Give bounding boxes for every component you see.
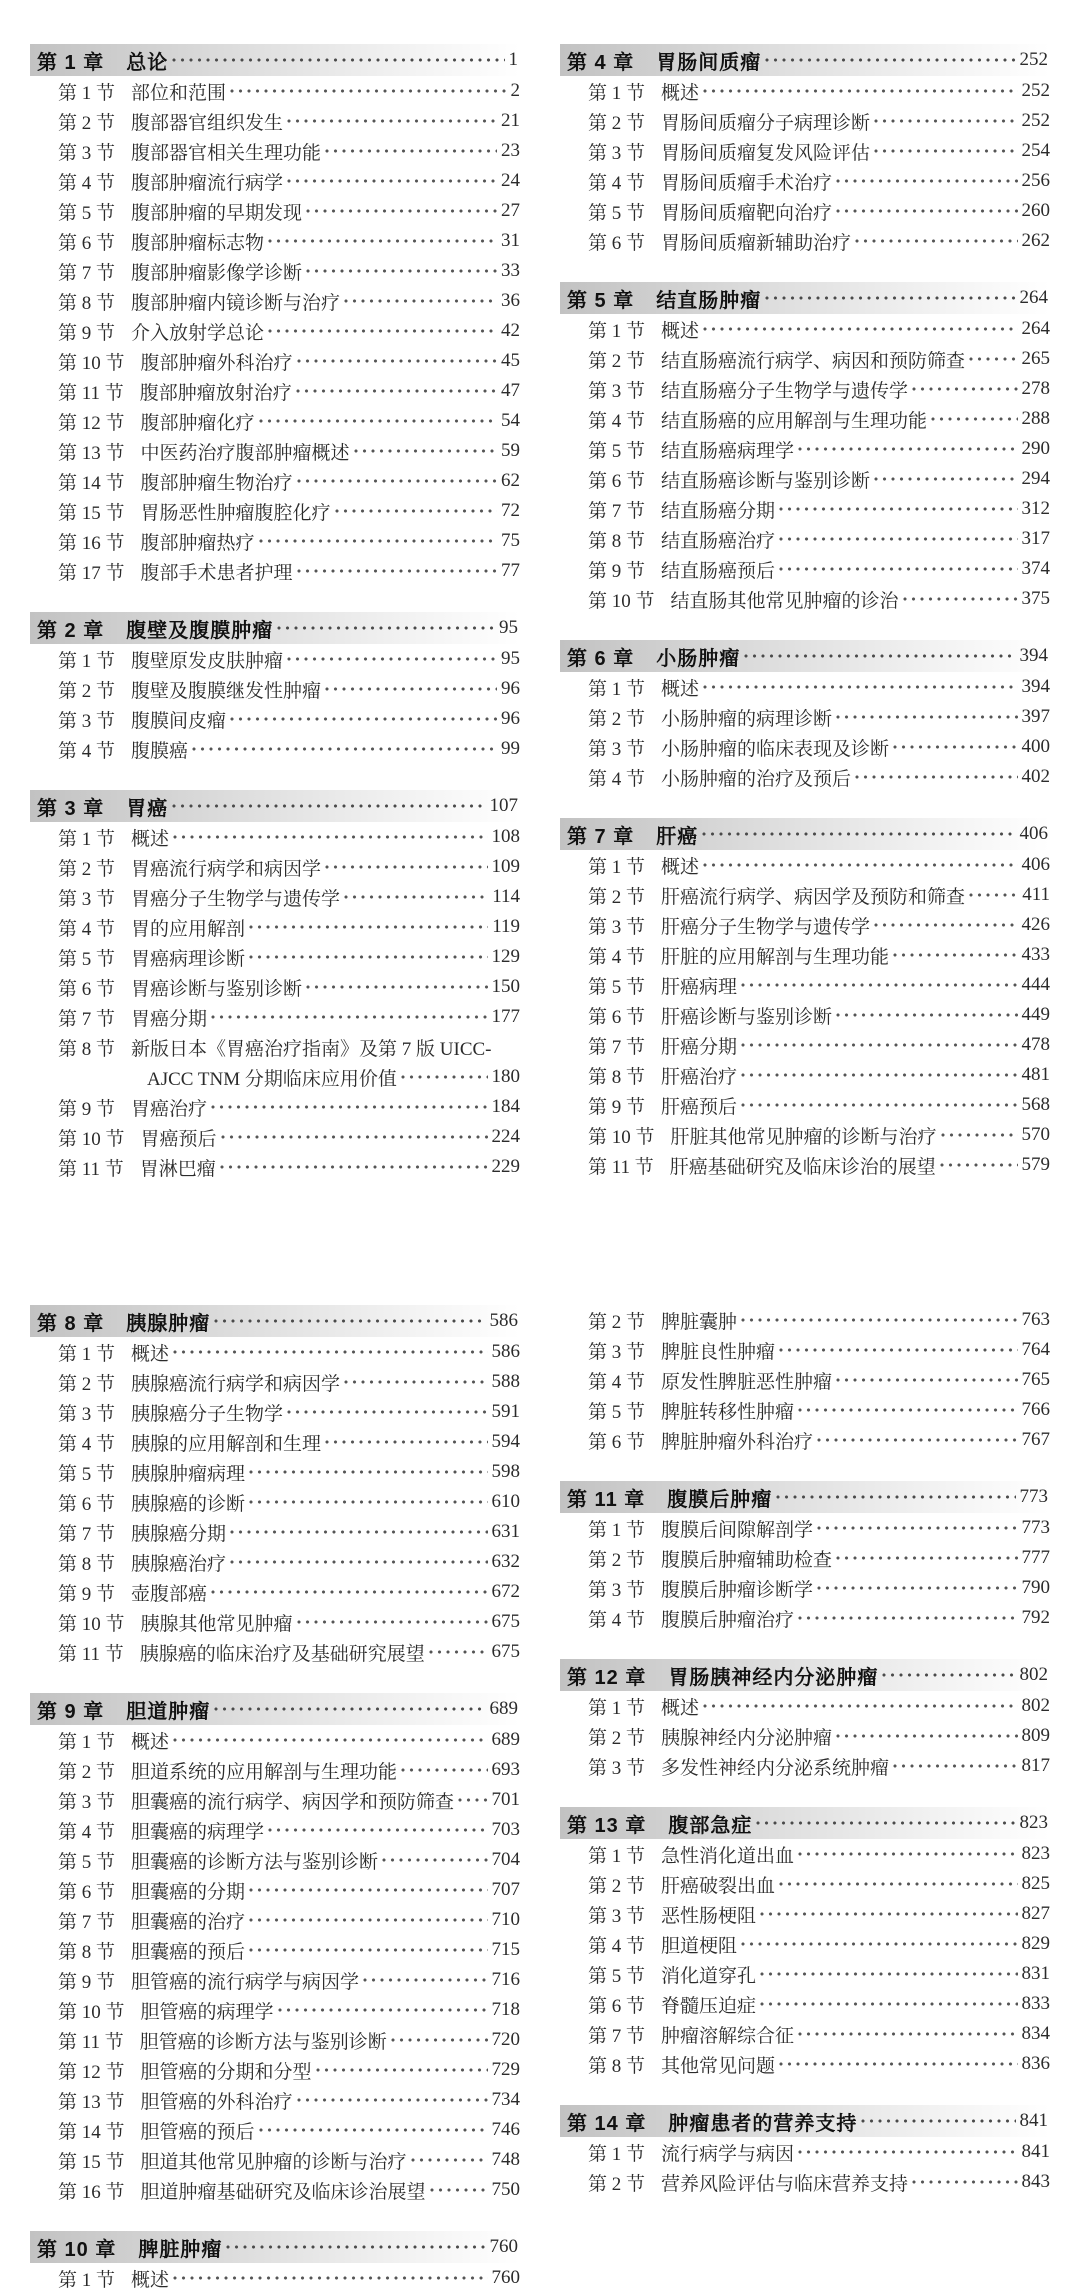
section-title: 壶腹部癌 (131, 1579, 207, 1606)
page-number: 631 (492, 1521, 521, 1543)
dot-leader (836, 702, 1017, 732)
page-number: 33 (501, 260, 520, 282)
page-number: 720 (492, 2029, 521, 2051)
section-number: 第 4 节 (588, 1931, 645, 1958)
toc-entry: 第 5 节胆囊癌的诊断方法与鉴别诊断704 (30, 1845, 520, 1875)
section-number: 第 3 节 (588, 1753, 645, 1780)
toc-entry: 第 1 节概述108 (30, 822, 520, 852)
toc-entry: 第 6 节胰腺癌的诊断610 (30, 1487, 520, 1517)
page-number: 710 (492, 1909, 521, 1931)
chapter-title: 胰腺肿瘤 (126, 1307, 210, 1336)
page-number: 21 (501, 110, 520, 132)
chapter-title: 小肠肿瘤 (656, 642, 740, 671)
page-number: 109 (492, 856, 521, 878)
chapter-number: 第 14 章 (567, 2107, 646, 2136)
page-number: 746 (492, 2119, 521, 2141)
dot-leader (836, 166, 1017, 196)
dot-leader (874, 136, 1017, 166)
section-title: 胃癌预后 (141, 1124, 217, 1151)
toc-entry: 第 4 节肝脏的应用解剖与生理功能433 (560, 940, 1050, 970)
section-title: 肝癌破裂出血 (661, 1871, 775, 1898)
section-number: 第 8 节 (58, 1034, 115, 1061)
section-number: 第 5 节 (588, 972, 645, 999)
dot-leader (249, 1905, 487, 1935)
page-number: 598 (492, 1461, 521, 1483)
toc-entry: 第 3 节脾脏良性肿瘤764 (560, 1335, 1050, 1365)
chapter-heading: 第 9 章胆道肿瘤689 (30, 1693, 520, 1725)
section-title: 结直肠癌病理学 (661, 436, 794, 463)
section-number: 第 5 节 (58, 944, 115, 971)
toc-entry: 第 2 节腹部器官组织发生21 (30, 106, 520, 136)
chapter-heading: 第 14 章肿瘤患者的营养支持841 (560, 2105, 1050, 2137)
section-title: 腹膜后肿瘤诊断学 (661, 1575, 813, 1602)
page-number: 809 (1022, 1725, 1051, 1747)
toc-entry: 第 9 节介入放射学总论42 (30, 316, 520, 346)
page-number: 256 (1022, 170, 1051, 192)
page-number: 591 (492, 1401, 521, 1423)
page-number: 588 (492, 1371, 521, 1393)
page-number: 260 (1022, 200, 1051, 222)
section-title: 胃癌诊断与鉴别诊断 (131, 974, 302, 1001)
dot-leader (741, 1090, 1017, 1120)
section-title: 概述 (131, 1339, 169, 1366)
dot-leader (297, 1607, 488, 1637)
dot-leader (325, 136, 497, 166)
chapter-title: 胃肠胰神经内分泌肿瘤 (668, 1661, 878, 1690)
page-number: 374 (1022, 558, 1051, 580)
toc-entry: 第 6 节胃癌诊断与鉴别诊断150 (30, 972, 520, 1002)
section-number: 第 6 节 (588, 466, 645, 493)
toc-entry: 第 5 节消化道穿孔831 (560, 1959, 1050, 1989)
dot-leader (765, 282, 1015, 314)
page-number: 734 (492, 2089, 521, 2111)
dot-leader (703, 850, 1017, 880)
section-number: 第 10 节 (58, 348, 125, 375)
page-number: 763 (1022, 1309, 1051, 1331)
page-number: 402 (1022, 766, 1051, 788)
page-number: 2 (511, 80, 521, 102)
section-number: 第 13 节 (58, 2087, 125, 2114)
chapter-heading: 第 5 章结直肠肿瘤264 (560, 282, 1050, 314)
dot-leader (214, 1305, 485, 1337)
section-number: 第 5 节 (588, 1397, 645, 1424)
section-number: 第 7 节 (58, 258, 115, 285)
page-number: 834 (1022, 2023, 1051, 2045)
dot-leader (855, 226, 1017, 256)
dot-leader (344, 1367, 487, 1397)
section-number: 第 1 节 (58, 1727, 115, 1754)
toc-entry: 第 5 节胃肠间质瘤靶向治疗260 (560, 196, 1050, 226)
toc-entry: 第 2 节肝癌破裂出血825 (560, 1869, 1050, 1899)
section-title: 胰腺其他常见肿瘤 (141, 1609, 293, 1636)
chapter-number: 第 4 章 (567, 46, 634, 75)
section-title: 腹部肿瘤外科治疗 (141, 348, 293, 375)
page-number: 825 (1022, 1873, 1051, 1895)
dot-leader (211, 1002, 487, 1032)
section-title: 胰腺癌治疗 (131, 1549, 226, 1576)
section-number: 第 5 节 (588, 436, 645, 463)
dot-leader (874, 106, 1017, 136)
page-number: 96 (501, 678, 520, 700)
section-title: 胆囊癌的治疗 (131, 1907, 245, 1934)
section-title: 腹部肿瘤放射治疗 (140, 378, 292, 405)
page-number: 792 (1022, 1607, 1051, 1629)
chapter-title: 腹壁及腹膜肿瘤 (126, 614, 273, 643)
section-title: 胆道肿瘤基础研究及临床诊治展望 (141, 2177, 426, 2204)
page-number: 767 (1022, 1429, 1051, 1451)
toc-entry: 第 4 节结直肠癌的应用解剖与生理功能288 (560, 404, 1050, 434)
section-number: 第 4 节 (588, 406, 645, 433)
toc-entry: 第 5 节胰腺肿瘤病理598 (30, 1457, 520, 1487)
page-number: 1 (509, 49, 521, 71)
page-number: 72 (501, 500, 520, 522)
section-number: 第 4 节 (58, 736, 115, 763)
page-number: 264 (1020, 287, 1051, 309)
page-number: 716 (492, 1969, 521, 1991)
toc-entry: 第 13 节胆管癌的外科治疗734 (30, 2085, 520, 2115)
section-number: 第 3 节 (588, 138, 645, 165)
toc-column: 第 8 章胰腺肿瘤586第 1 节概述586第 2 节胰腺癌流行病学和病因学58… (30, 1305, 520, 2293)
chapter-title: 胃肠间质瘤 (656, 46, 761, 75)
section-number: 第 5 节 (588, 1961, 645, 1988)
toc-entry: 第 6 节脊髓压迫症833 (560, 1989, 1050, 2019)
dot-leader (893, 1751, 1017, 1781)
section-title: 胆管癌的预后 (141, 2117, 255, 2144)
dot-leader (779, 1869, 1017, 1899)
page-number: 703 (492, 1819, 521, 1841)
section-number: 第 2 节 (588, 1307, 645, 1334)
chapter-heading: 第 8 章胰腺肿瘤586 (30, 1305, 520, 1337)
dot-leader (874, 464, 1017, 494)
dot-leader (702, 818, 1015, 850)
dot-leader (779, 1335, 1017, 1365)
dot-leader (306, 972, 487, 1002)
section-number: 第 11 节 (58, 1639, 124, 1666)
dot-leader (249, 1875, 487, 1905)
page-number: 444 (1022, 974, 1051, 996)
toc-entry: 第 16 节胆道肿瘤基础研究及临床诊治展望750 (30, 2175, 520, 2205)
page-number: 675 (492, 1641, 521, 1663)
toc-entry: 第 9 节胆管癌的流行病学与病因学716 (30, 1965, 520, 1995)
section-title: 肝脏的应用解剖与生理功能 (661, 942, 889, 969)
chapter-title: 结直肠肿瘤 (656, 284, 761, 313)
chapter-heading: 第 7 章肝癌406 (560, 818, 1050, 850)
section-title: 腹膜癌 (131, 736, 188, 763)
dot-leader (836, 1365, 1017, 1395)
dot-leader (172, 790, 485, 822)
page-number: 689 (490, 1698, 521, 1720)
section-number: 第 6 节 (58, 1489, 115, 1516)
section-title: 胆道系统的应用解剖与生理功能 (131, 1757, 397, 1784)
dot-leader (401, 1755, 487, 1785)
section-number: 第 15 节 (58, 2147, 125, 2174)
page-number: 224 (492, 1126, 521, 1148)
section-title: 胃肠恶性肿瘤腹腔化疗 (141, 498, 331, 525)
section-title: 结直肠癌预后 (661, 556, 775, 583)
toc-entry: 第 1 节流行病学与病因841 (560, 2137, 1050, 2167)
chapter-title: 脾脏肿瘤 (138, 2233, 222, 2262)
section-title: 概述 (131, 2265, 169, 2292)
page-number: 831 (1022, 1963, 1051, 1985)
section-number: 第 3 节 (58, 884, 115, 911)
dot-leader (779, 554, 1017, 584)
toc-entry: 第 3 节结直肠癌分子生物学与遗传学278 (560, 374, 1050, 404)
section-title: 结直肠癌的应用解剖与生理功能 (661, 406, 927, 433)
section-number: 第 2 节 (588, 882, 645, 909)
section-title: 腹部肿瘤化疗 (141, 408, 255, 435)
toc-entry: 第 2 节腹壁及腹膜继发性肿瘤96 (30, 674, 520, 704)
section-number: 第 3 节 (58, 706, 115, 733)
toc-entry: 第 1 节概述586 (30, 1337, 520, 1367)
toc-entry: 第 5 节脾脏转移性肿瘤766 (560, 1395, 1050, 1425)
toc-entry: 第 9 节壶腹部癌672 (30, 1577, 520, 1607)
section-number: 第 15 节 (58, 498, 125, 525)
dot-leader (969, 344, 1017, 374)
section-number: 第 1 节 (588, 1693, 645, 1720)
dot-leader (836, 1721, 1017, 1751)
dot-leader (172, 44, 504, 76)
dot-leader (931, 404, 1017, 434)
page-number: 75 (501, 530, 520, 552)
section-title: 胆管癌的分期和分型 (141, 2057, 312, 2084)
section-number: 第 7 节 (588, 2021, 645, 2048)
dot-leader (325, 1427, 487, 1457)
section-title: 概述 (661, 78, 699, 105)
dot-leader (173, 822, 487, 852)
page-number: 150 (492, 976, 521, 998)
section-number: 第 3 节 (588, 1337, 645, 1364)
section-number: 第 10 节 (58, 1609, 125, 1636)
page-number: 433 (1022, 944, 1051, 966)
page-number: 718 (492, 1999, 521, 2021)
dot-leader (940, 1150, 1018, 1180)
section-title: 部位和范围 (131, 78, 226, 105)
dot-leader (230, 704, 497, 734)
dot-leader (211, 1092, 487, 1122)
section-title: 脾脏肿瘤外科治疗 (661, 1427, 813, 1454)
dot-leader (874, 910, 1017, 940)
dot-leader (249, 942, 487, 972)
toc-entry: 第 8 节其他常见问题836 (560, 2049, 1050, 2079)
page-number: 715 (492, 1939, 521, 1961)
page-number: 704 (492, 1849, 521, 1871)
dot-leader (430, 2175, 488, 2205)
page-number: 632 (492, 1551, 521, 1573)
toc-entry: 第 5 节结直肠癌病理学290 (560, 434, 1050, 464)
dot-leader (344, 286, 497, 316)
section-number: 第 2 节 (58, 1757, 115, 1784)
toc-entry: 第 2 节胰腺癌流行病学和病因学588 (30, 1367, 520, 1397)
page-number: 689 (492, 1729, 521, 1751)
section-number: 第 4 节 (588, 1367, 645, 1394)
section-number: 第 2 节 (588, 1871, 645, 1898)
page-number: 375 (1022, 588, 1051, 610)
dot-leader (297, 2085, 488, 2115)
chapter-heading: 第 10 章脾脏肿瘤760 (30, 2231, 520, 2263)
page-number: 59 (501, 440, 520, 462)
section-number: 第 4 节 (588, 764, 645, 791)
section-title: 其他常见问题 (661, 2051, 775, 2078)
section-number: 第 1 节 (58, 78, 115, 105)
section-number: 第 3 节 (588, 376, 645, 403)
dot-leader (306, 196, 497, 226)
dot-leader (912, 2167, 1017, 2197)
toc-entry: 第 3 节腹部器官相关生理功能23 (30, 136, 520, 166)
dot-leader (741, 1030, 1017, 1060)
toc-entry: 第 1 节腹膜后间隙解剖学773 (560, 1513, 1050, 1543)
dot-leader (259, 2115, 488, 2145)
chapter-heading: 第 6 章小肠肿瘤394 (560, 640, 1050, 672)
dot-leader (363, 1965, 487, 1995)
dot-leader (893, 732, 1017, 762)
section-number: 第 5 节 (58, 198, 115, 225)
toc-entry: 第 2 节营养风险评估与临床营养支持843 (560, 2167, 1050, 2197)
dot-leader (287, 166, 497, 196)
section-title: 胰腺癌的临床治疗及基础研究展望 (140, 1639, 425, 1666)
section-title: 胆囊癌的预后 (131, 1937, 245, 1964)
section-number: 第 2 节 (588, 346, 645, 373)
page-number: 764 (1022, 1339, 1051, 1361)
section-number: 第 3 节 (588, 734, 645, 761)
toc-entry: 第 1 节概述802 (560, 1691, 1050, 1721)
toc-entry: 第 3 节肝癌分子生物学与遗传学426 (560, 910, 1050, 940)
section-title: 结直肠其他常见肿瘤的诊治 (671, 586, 899, 613)
dot-leader (391, 2025, 488, 2055)
page-number: 823 (1022, 1843, 1051, 1865)
dot-leader (836, 1543, 1017, 1573)
page-number: 264 (1022, 318, 1051, 340)
section-title: 胃癌分子生物学与遗传学 (131, 884, 340, 911)
chapter-heading: 第 11 章腹膜后肿瘤773 (560, 1481, 1050, 1513)
section-title: 胃淋巴瘤 (140, 1154, 216, 1181)
section-number: 第 8 节 (58, 1937, 115, 1964)
dot-leader (297, 556, 497, 586)
section-number: 第 6 节 (588, 1002, 645, 1029)
toc-entry: 第 1 节概述252 (560, 76, 1050, 106)
section-number: 第 1 节 (588, 1841, 645, 1868)
chapter-number: 第 2 章 (37, 614, 104, 643)
toc-entry: 第 11 节腹部肿瘤放射治疗47 (30, 376, 520, 406)
page-number: 568 (1022, 1094, 1051, 1116)
section-number: 第 13 节 (58, 438, 125, 465)
dot-leader (741, 1305, 1017, 1335)
section-number: 第 2 节 (588, 704, 645, 731)
page-number: 252 (1022, 110, 1051, 132)
toc-entry: 第 8 节结直肠癌治疗317 (560, 524, 1050, 554)
page-number: 294 (1022, 468, 1051, 490)
dot-leader (259, 406, 497, 436)
page-number: 45 (501, 350, 520, 372)
page-number: 252 (1022, 80, 1051, 102)
section-title: 结直肠癌治疗 (661, 526, 775, 553)
section-number: 第 1 节 (58, 1339, 115, 1366)
dot-leader (798, 2137, 1017, 2167)
section-title: 腹部肿瘤的早期发现 (131, 198, 302, 225)
toc-entry: 第 10 节腹部肿瘤外科治疗45 (30, 346, 520, 376)
section-number: 第 9 节 (58, 1967, 115, 1994)
section-title: 胰腺神经内分泌肿瘤 (661, 1723, 832, 1750)
toc-entry: 第 12 节胆管癌的分期和分型729 (30, 2055, 520, 2085)
toc-columns: 第 8 章胰腺肿瘤586第 1 节概述586第 2 节胰腺癌流行病学和病因学58… (0, 1305, 1080, 2293)
chapter-number: 第 1 章 (37, 46, 104, 75)
toc-entry: 第 7 节胰腺癌分期631 (30, 1517, 520, 1547)
section-title: 腹部肿瘤生物治疗 (141, 468, 293, 495)
toc-entry: 第 14 节腹部肿瘤生物治疗62 (30, 466, 520, 496)
page-number: 579 (1022, 1154, 1051, 1176)
chapter-title: 胆道肿瘤 (126, 1695, 210, 1724)
toc-entry: 第 3 节腹膜间皮瘤96 (30, 704, 520, 734)
toc-entry: 第 7 节胆囊癌的治疗710 (30, 1905, 520, 1935)
dot-leader (779, 494, 1017, 524)
chapter-number: 第 5 章 (567, 284, 634, 313)
dot-leader (798, 2019, 1017, 2049)
toc-entry: 第 11 节肝癌基础研究及临床诊治的展望579 (560, 1150, 1050, 1180)
dot-leader (969, 880, 1018, 910)
section-title: 原发性脾脏恶性肿瘤 (661, 1367, 832, 1394)
dot-leader (836, 196, 1017, 226)
section-title: 腹膜后肿瘤辅助检查 (661, 1545, 832, 1572)
section-number: 第 6 节 (58, 974, 115, 1001)
section-title: 小肠肿瘤的病理诊断 (661, 704, 832, 731)
dot-leader (287, 106, 497, 136)
section-title: 胃肠间质瘤复发风险评估 (661, 138, 870, 165)
chapter-number: 第 8 章 (37, 1307, 104, 1336)
page-number: 278 (1022, 378, 1051, 400)
page-number: 400 (1022, 736, 1051, 758)
section-number: 第 2 节 (588, 1545, 645, 1572)
page-number: 802 (1020, 1664, 1051, 1686)
dot-leader (703, 1691, 1017, 1721)
section-title: 腹部器官相关生理功能 (131, 138, 321, 165)
page-number: 107 (490, 795, 521, 817)
toc-entry: 第 4 节小肠肿瘤的治疗及预后402 (560, 762, 1050, 792)
page-number: 802 (1022, 1695, 1051, 1717)
dot-leader (259, 526, 497, 556)
chapter-number: 第 13 章 (567, 1809, 646, 1838)
chapter-heading: 第 3 章胃癌107 (30, 790, 520, 822)
section-number: 第 4 节 (58, 914, 115, 941)
section-title: 腹部肿瘤标志物 (131, 228, 264, 255)
toc-entry: 第 3 节小肠肿瘤的临床表现及诊断400 (560, 732, 1050, 762)
chapter-number: 第 6 章 (567, 642, 634, 671)
section-number: 第 4 节 (588, 1605, 645, 1632)
toc-entry: 第 13 节中医药治疗腹部肿瘤概述59 (30, 436, 520, 466)
chapter-title: 总论 (126, 46, 168, 75)
section-title: 概述 (661, 1693, 699, 1720)
dot-leader (703, 314, 1017, 344)
toc-entry: 第 17 节腹部手术患者护理77 (30, 556, 520, 586)
dot-leader (798, 434, 1017, 464)
section-number: 第 7 节 (58, 1004, 115, 1031)
section-number: 第 4 节 (58, 1817, 115, 1844)
toc-entry: 第 4 节胆囊癌的病理学703 (30, 1815, 520, 1845)
dot-leader (306, 256, 497, 286)
toc-entry: 第 2 节胃癌流行病学和病因学109 (30, 852, 520, 882)
page-number: 777 (1022, 1547, 1051, 1569)
chapter-number: 第 10 章 (37, 2233, 116, 2262)
page-number: 594 (492, 1431, 521, 1453)
page-number: 317 (1022, 528, 1051, 550)
toc-entry: 第 7 节胃癌分期177 (30, 1002, 520, 1032)
toc-entry: 第 6 节胃肠间质瘤新辅助治疗262 (560, 226, 1050, 256)
section-title: 结直肠癌分子生物学与遗传学 (661, 376, 908, 403)
section-title: 肝脏其他常见肿瘤的诊断与治疗 (671, 1122, 937, 1149)
dot-leader (226, 2231, 485, 2263)
section-title: 胆道梗阻 (661, 1931, 737, 1958)
section-number: 第 11 节 (588, 1152, 654, 1179)
toc-entry: 第 2 节腹膜后肿瘤辅助检查777 (560, 1543, 1050, 1573)
section-title: 腹部肿瘤热疗 (141, 528, 255, 555)
